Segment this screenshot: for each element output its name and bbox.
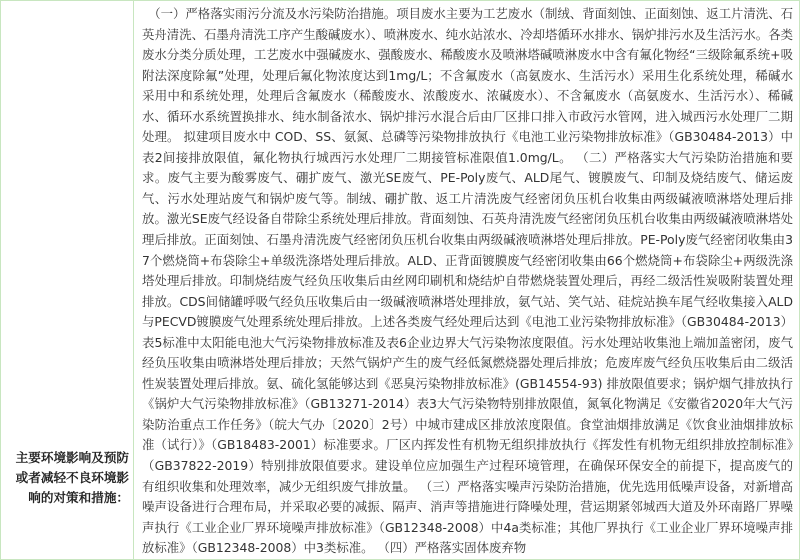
table-row: 主要环境影响及预防或者减轻不良环境影响的对策和措施： （一）严格落实雨污分流及水… bbox=[1, 1, 800, 527]
approval-table: 主要环境影响及预防或者减轻不良环境影响的对策和措施： （一）严格落实雨污分流及水… bbox=[0, 0, 800, 526]
content-cell: （一）严格落实雨污分流及水污染防治措施。项目废水主要为工艺废水（制绒、背面刻蚀、… bbox=[134, 1, 800, 527]
row-label: 主要环境影响及预防或者减轻不良环境影响的对策和措施： bbox=[1, 448, 133, 508]
label-cell: 主要环境影响及预防或者减轻不良环境影响的对策和措施： bbox=[1, 1, 134, 527]
measures-text: （一）严格落实雨污分流及水污染防治措施。项目废水主要为工艺废水（制绒、背面刻蚀、… bbox=[134, 1, 799, 526]
